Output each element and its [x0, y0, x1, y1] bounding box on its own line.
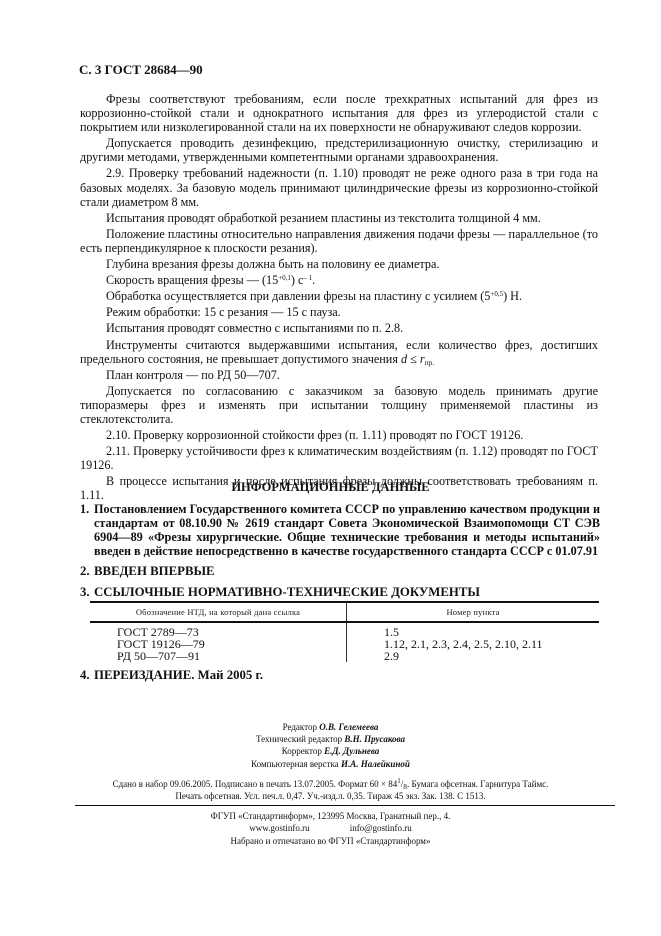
table-row: РД 50—707—91 2.9: [90, 650, 599, 662]
paragraph: Режим обработки: 15 с резания — 15 с пау…: [80, 305, 598, 319]
credit-line: Редактор О.В. Гелемеева: [0, 721, 661, 733]
column-header: Номер пункта: [347, 602, 600, 622]
paragraph: План контроля — по РД 50—707.: [80, 368, 598, 382]
info-item: 3. ССЫЛОЧНЫЕ НОРМАТИВНО-ТЕХНИЧЕСКИЕ ДОКУ…: [80, 585, 600, 599]
divider: [75, 805, 615, 806]
credit-line: Компьютерная верстка И.А. Налейкиной: [0, 758, 661, 770]
body-text: Фрезы соответствуют требованиям, если по…: [80, 92, 598, 503]
publisher-address: ФГУП «Стандартинформ», 123995 Москва, Гр…: [0, 810, 661, 822]
imprint-line: Печать офсетная. Усл. печ.л. 0,47. Уч.-и…: [0, 790, 661, 802]
paragraph: Допускается по согласованию с заказчиком…: [80, 384, 598, 426]
imprint-line: Сдано в набор 09.06.2005. Подписано в пе…: [0, 778, 661, 790]
email-link[interactable]: info@gostinfo.ru: [350, 822, 412, 834]
paragraph-criteria: Инструменты считаются выдержавшими испыт…: [80, 338, 598, 366]
paragraph: Фрезы соответствуют требованиям, если по…: [80, 92, 598, 134]
publisher-info: ФГУП «Стандартинформ», 123995 Москва, Гр…: [0, 810, 661, 847]
paragraph: Глубина врезания фрезы должна быть на по…: [80, 257, 598, 271]
paragraph: 2.11. Проверку устойчивости фрез к клима…: [80, 444, 598, 472]
paragraph-force: Обработка осуществляется при давлении фр…: [80, 289, 598, 303]
info-list: 1. Постановлением Государственного комит…: [80, 502, 600, 599]
paragraph: Положение пластины относительно направле…: [80, 227, 598, 255]
website-link[interactable]: www.gostinfo.ru: [249, 822, 309, 834]
reference-documents-table: Обозначение НТД, на который дана ссылка …: [90, 601, 599, 662]
credit-line: Технический редактор В.Н. Прусакова: [0, 733, 661, 745]
paragraph: 2.10. Проверку коррозионной стойкости фр…: [80, 428, 598, 442]
paragraph: 2.9. Проверку требований надежности (п. …: [80, 166, 598, 208]
table-row: ГОСТ 2789—73 1.5: [90, 622, 599, 638]
table-header-row: Обозначение НТД, на который дана ссылка …: [90, 602, 599, 622]
editorial-credits: Редактор О.В. Гелемеева Технический реда…: [0, 721, 661, 770]
info-item: 1. Постановлением Государственного комит…: [80, 502, 600, 558]
info-item: 4. ПЕРЕИЗДАНИЕ. Май 2005 г.: [80, 668, 600, 682]
column-header: Обозначение НТД, на который дана ссылка: [90, 602, 347, 622]
paragraph: Допускается проводить дезинфекцию, предс…: [80, 136, 598, 164]
printed-by: Набрано и отпечатано во ФГУП «Стандартин…: [0, 835, 661, 847]
info-item: 2. ВВЕДЕН ВПЕРВЫЕ: [80, 564, 600, 578]
reprint-info: 4. ПЕРЕИЗДАНИЕ. Май 2005 г.: [80, 668, 600, 682]
info-section-title: ИНФОРМАЦИОННЫЕ ДАННЫЕ: [0, 480, 661, 495]
paragraph: Испытания проводят обработкой резанием п…: [80, 211, 598, 225]
page-header: С. 3 ГОСТ 28684—90: [79, 62, 203, 78]
paragraph-speed: Скорость вращения фрезы — (15+0,1) с– 1.: [80, 273, 598, 287]
publisher-contacts: www.gostinfo.ruinfo@gostinfo.ru: [0, 822, 661, 834]
paragraph: Испытания проводят совместно с испытания…: [80, 321, 598, 335]
credit-line: Корректор Е.Д. Дульнева: [0, 745, 661, 757]
print-imprint: Сдано в набор 09.06.2005. Подписано в пе…: [0, 778, 661, 803]
